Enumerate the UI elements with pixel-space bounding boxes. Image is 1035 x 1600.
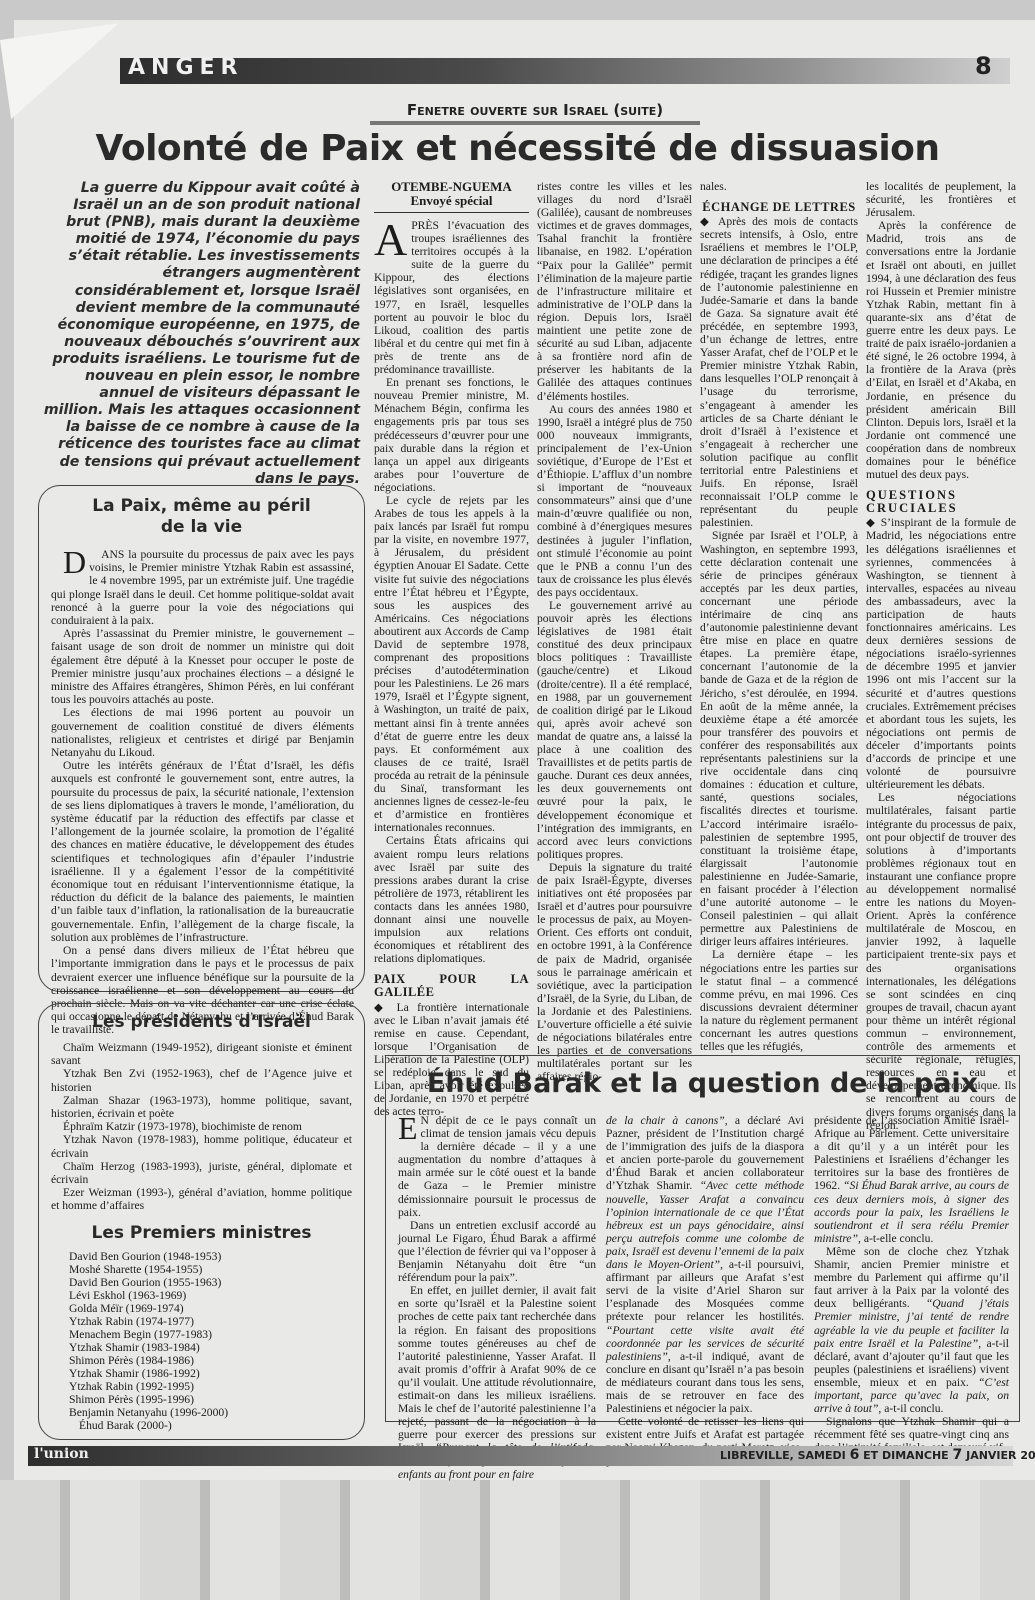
paragraph: ◆ Après des mois de contacts secrets int… [700,215,858,529]
page-number: 8 [975,52,992,80]
quote: de la chair à canons” [606,1114,725,1127]
pm-entry: Ytzhak Rabin (1974-1977) [69,1315,364,1328]
dropcap: D [51,549,86,575]
paragraph: Au cours des années 1980 et 1990, Israël… [537,403,692,599]
article-column-2: ristes contre les villes et les villages… [537,180,692,1083]
background-surface [0,1480,1035,1600]
lede-paragraph: La guerre du Kippour avait coûté à Israë… [40,180,360,488]
paragraph: nales. [700,180,858,193]
paragraph: La dernière étape – les négociations ent… [700,948,858,1053]
pm-entry: Shimon Pérès (1984-1986) [69,1354,364,1367]
subhead-galilee: PAIX POUR LA GALILÉE [374,973,529,999]
sidebar-peace-title: La Paix, même au péril de la vie [39,496,364,538]
pm-entry: Lévi Eskhol (1963-1969) [69,1289,364,1302]
newspaper-brand: l'union [34,1446,89,1462]
date-text: LIBREVILLE, SAMEDI [720,1449,850,1462]
kicker: Fenetre ouverte sur Israel (suite) [370,101,700,125]
barak-column-2: de la chair à canons”, a déclaré Avi Paz… [606,1114,804,1468]
paragraph: ANS la poursuite du processus de paix av… [51,548,354,627]
article-column-4: les localités de peuplement, la sécurité… [866,180,1016,1132]
pm-entry: Éhud Barak (2000-) [69,1419,364,1432]
article-column-1: OTEMBE-NGUEMA Envoyé spécial APRÈS l’éva… [374,180,529,1118]
president-entry: Éphraïm Katzir (1973-1978), biochimiste … [51,1120,352,1133]
pm-entry: Ytzhak Shamir (1983-1984) [69,1341,364,1354]
pm-entry: Menachem Begin (1977-1983) [69,1328,364,1341]
presidents-title: Les présidents d’Israël [39,1012,364,1033]
paragraph: En effet, en juillet dernier, il avait f… [398,1284,596,1454]
pm-entry: Golda Méïr (1969-1974) [69,1302,364,1315]
sidebar-peace-body: DANS la poursuite du processus de paix a… [39,538,364,1037]
dropcap: A [374,221,407,259]
byline: OTEMBE-NGUEMA Envoyé spécial [374,180,529,213]
date-day: 6 [850,1447,860,1463]
paragraph: Dans un entretien exclusif accordé au jo… [398,1219,596,1284]
pm-entry: Moshé Sharette (1954-1955) [69,1263,364,1276]
president-entry: Ezer Weizman (1993-), général d’aviation… [51,1186,352,1212]
barak-column-3: présidente de l’association Amitié Israë… [814,1114,1009,1454]
paragraph: Les élections de mai 1996 portent au pou… [51,706,354,759]
section-banner [120,58,1010,84]
barak-column-1: EN dépit de ce le pays connaît un climat… [398,1114,596,1481]
paragraph: Certains États africains qui avaient rom… [374,834,529,965]
paragraph: Depuis la signature du traité de paix Is… [537,861,692,1084]
president-entry: Ytzhak Ben Zvi (1952-1963), chef de l’Ag… [51,1067,352,1093]
presidents-list: Chaïm Weizmann (1949-1952), dirigeant si… [39,1033,364,1213]
text-run: , a-t-elle conclu. [858,1232,933,1245]
paragraph: Après la conférence de Madrid, trois ans… [866,219,1016,481]
text-run: , a-t-il conclu. [878,1402,943,1415]
pm-entry: Ytzhak Rabin (1992-1995) [69,1380,364,1393]
subhead-letters: ÉCHANGE DE LETTRES [700,201,858,214]
byline-name: OTEMBE-NGUEMA [374,180,529,194]
paragraph: N dépit de ce le pays connaît un climat … [398,1114,596,1219]
pm-entry: Shimon Pérès (1995-1996) [69,1393,364,1406]
article-column-3: nales. ÉCHANGE DE LETTRES ◆ Après des mo… [700,180,858,1053]
paragraph: Le cycle de rejets par les Arabes de tou… [374,494,529,834]
sidebar-leaders-box: Les présidents d’Israël Chaïm Weizmann (… [38,1003,365,1440]
barak-title: Éhud Barak et la question de la paix [386,1068,1019,1099]
president-entry: Zalman Shazar (1963-1973), homme politiq… [51,1094,352,1120]
byline-role: Envoyé spécial [374,194,529,208]
date-text: JANVIER 200 [962,1449,1035,1462]
folded-corner [0,23,130,119]
paragraph: les localités de peuplement, la sécurité… [866,180,1016,219]
president-entry: Ytzhak Navon (1978-1983), homme politiqu… [51,1133,352,1159]
pm-entry: Benjamin Netanyahu (1996-2000) [69,1406,364,1419]
president-entry: Chaïm Weizmann (1949-1952), dirigeant si… [51,1041,352,1067]
paragraph: ◆ S’inspirant de la formule de Madrid, l… [866,516,1016,791]
date-text: ET DIMANCHE [859,1449,952,1462]
president-entry: Chaïm Herzog (1983-1993), juriste, génér… [51,1160,352,1186]
date-day: 7 [953,1447,963,1463]
page-headline: Volonté de Paix et nécessité de dissuasi… [0,128,1035,169]
barak-article-box: Éhud Barak et la question de la paix EN … [385,1055,1020,1422]
prime-ministers-title: Les Premiers ministres [39,1223,364,1244]
paragraph: Signée par Israël et l’OLP, à Washington… [700,529,858,948]
pm-entry: David Ben Gourion (1948-1953) [69,1250,364,1263]
subhead-questions: QUESTIONS CRUCIALES [866,489,1016,515]
paragraph: Outre les intérêts généraux de l’État d’… [51,759,354,944]
issue-date: LIBREVILLE, SAMEDI 6 ET DIMANCHE 7 JANVI… [720,1447,1015,1463]
sidebar-peace-box: La Paix, même au péril de la vie DANS la… [38,485,365,992]
paragraph: En prenant ses fonctions, le nouveau Pre… [374,376,529,494]
dropcap: E [398,1115,418,1141]
paragraph: Le gouvernement arrivé au pouvoir après … [537,599,692,861]
pm-entry: David Ben Gourion (1955-1963) [69,1276,364,1289]
section-label: ANGER [128,55,243,80]
paragraph: ristes contre les villes et les villages… [537,180,692,403]
prime-ministers-list: David Ben Gourion (1948-1953) Moshé Shar… [69,1250,364,1432]
pm-entry: Ytzhak Shamir (1986-1992) [69,1367,364,1380]
paragraph: Après l’assassinat du Premier ministre, … [51,627,354,706]
